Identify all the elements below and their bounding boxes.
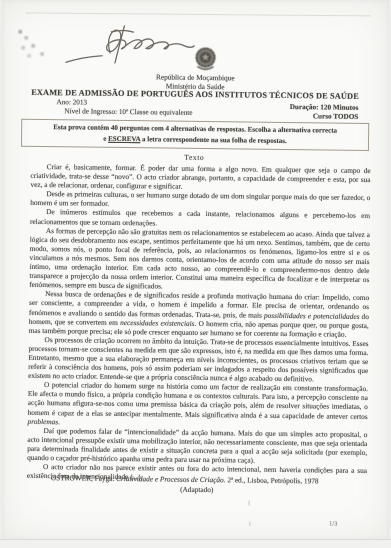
text-segment: As formas de percepção não são gratuitas… [29,226,370,291]
text-segment: Desde as primeiras culturas, o ser human… [30,189,370,208]
instruction-box: Esta prova contém 40 perguntas com 4 alt… [21,119,369,151]
exam-meta-left: Ano: 2013 Nível de Ingresso: 10ª Classe … [56,98,192,117]
paragraph: Daí que podemos falar de “intencionalida… [27,426,367,467]
exam-duration: Duração: 120 Minutos [290,103,359,113]
exam-meta-right: Duração: 120 Minutos Curso TODOS [290,103,359,121]
citation: OSTROWER, Fayga. Criatividade e Processo… [27,473,367,496]
paragraph: Nessa busca de ordenações e de significa… [29,289,370,339]
document-content: República de Moçambique Ministério da Sa… [0,0,390,544]
exam-level: Nível de Ingresso: 10ª Classe ou equival… [64,107,192,117]
instruction-emphasis: ESCREVA [108,135,140,143]
citation-details: . 2ª ed., Lisboa, Petrópolis, 1978 [224,475,319,485]
scan-artifact [249,522,250,526]
pencil-smudge [18,30,22,34]
text-segment: problemas [28,416,59,425]
paragraph: Criar é, basicamente, formar. É poder da… [30,162,370,193]
page-number: 1/3 [329,521,337,528]
text-segment: O potencial criador do homem surge na hi… [28,380,368,420]
paper-page: República de Moçambique Ministério da Sa… [2,0,389,540]
paragraph: O potencial criador do homem surge na hi… [28,380,369,430]
scanner-edge-band [0,539,391,548]
text-segment: Daí que podemos falar de “intencionalida… [27,426,367,465]
scan-artifact [249,501,250,506]
paragraph: Os processos de criação ocorrem no âmbit… [28,335,369,385]
citation-work: Criatividade e Processos de Criação [116,474,224,484]
text-paragraphs: Criar é, basicamente, formar. É poder da… [27,162,371,484]
exam-course: Curso TODOS [290,112,359,122]
scan-edge-dotted-line [27,12,371,16]
handwritten-signature [64,22,197,68]
text-segment: Os processos de criação ocorrem no âmbit… [28,335,369,384]
paragraph: As formas de percepção não são gratuitas… [29,226,370,294]
text-segment: De inúmeros estímulos que recebemos a ca… [30,208,370,227]
instruction-suffix: a letra correspondente na sua folha de r… [140,135,287,145]
mozambique-emblem-icon [194,47,217,72]
text-segment: . [58,417,60,426]
citation-author: OSTROWER, Fayga. [51,473,116,483]
text-segment: Criar é, basicamente, formar. É poder da… [30,162,370,191]
